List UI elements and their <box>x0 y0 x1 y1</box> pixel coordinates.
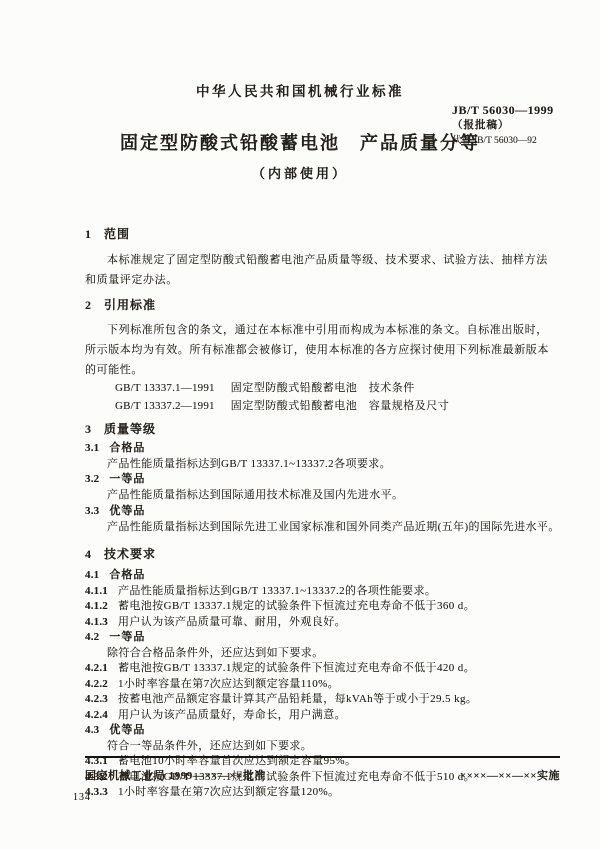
clause-text: 按蓄电池产品额定容量计算其产品铅耗量，每kVAh等于或小于29.5 kg。 <box>118 693 477 705</box>
reference-code: GB/T 13337.2—1991 <box>115 400 215 412</box>
reference-item: GB/T 13337.2—1991固定型防酸式铅酸蓄电池 容量规格及尺寸 <box>115 398 550 416</box>
clause-row: 除符合合格品条件外，还应达到如下要求。 <box>85 646 550 662</box>
clause-row: 产品性能质量指标达到GB/T 13337.1~13337.2各项要求。 <box>85 457 550 473</box>
clause-text: 蓄电池按GB/T 13337.1规定的试验条件下恒流过充电寿命不低于360 d。 <box>118 600 475 612</box>
clause-number: 4.1.1 <box>85 585 108 597</box>
clause-row: 4.1合格品 <box>85 568 550 584</box>
section-title: 质量等级 <box>104 422 156 436</box>
section-number: 3 <box>85 422 91 436</box>
clause-row: 4.2一等品 <box>85 630 550 646</box>
section-number: 4 <box>85 547 91 561</box>
draft-status: （报批稿） <box>452 121 554 132</box>
standard-id-block: JB/T 56030—1999 （报批稿） 代替 JB/T 56030—92 <box>452 104 554 146</box>
clause-row: 4.2.21小时率容量在第7次应达到额定容量110%。 <box>85 677 550 693</box>
clause-row: 4.3.31小时率容量在第7次应达到额定容量120%。 <box>85 785 550 801</box>
replaces-note: 代替 JB/T 56030—92 <box>452 137 554 147</box>
clause-text: 符合一等品条件外，还应达到如下要求。 <box>107 740 312 752</box>
clause-row: 4.3优等品 <box>85 723 550 739</box>
section-heading-3: 3质量等级 <box>85 420 550 437</box>
clause-text: 蓄电池按GB/T 13337.1规定的试验条件下恒流过充电寿命不低于420 d。 <box>118 662 475 674</box>
clause-text: 产品性能质量指标达到国际通用技术标准及国内先进水平。 <box>107 489 403 501</box>
section-number: 1 <box>85 227 91 241</box>
clause-text: 产品性能质量指标达到GB/T 13337.1~13337.2各项要求。 <box>107 458 391 470</box>
clause-row: 4.2.4用户认为该产品质量好，寿命长，用户满意。 <box>85 708 550 724</box>
clause-number: 4.2 <box>85 631 99 643</box>
reference-item: GB/T 13337.1—1991固定型防酸式铅酸蓄电池 技术条件 <box>115 380 550 398</box>
clause-text: 合格品 <box>109 569 145 581</box>
clause-text: 除符合合格品条件外，还应达到如下要求。 <box>107 647 324 659</box>
clause-text: 一等品 <box>109 473 145 485</box>
clause-row: 4.2.1蓄电池按GB/T 13337.1规定的试验条件下恒流过充电寿命不低于4… <box>85 661 550 677</box>
clause-text: 1小时率容量在第7次应达到额定容量110%。 <box>118 678 339 690</box>
reference-name: 固定型防酸式铅酸蓄电池 容量规格及尺寸 <box>231 400 450 412</box>
clause-row: 4.2.3按蓄电池产品额定容量计算其产品铅耗量，每kVAh等于或小于29.5 k… <box>85 692 550 708</box>
section-title: 引用标准 <box>104 298 156 312</box>
reference-code: GB/T 13337.1—1991 <box>115 382 215 394</box>
clause-text: 1小时率容量在第7次应达到额定容量120%。 <box>118 786 339 798</box>
section-title: 技术要求 <box>104 547 156 561</box>
clause-number: 4.1 <box>85 569 99 581</box>
clause-row: 4.1.3用户认为该产品质量可靠、耐用，外观良好。 <box>85 615 550 631</box>
clause-row: 3.2一等品 <box>85 472 550 488</box>
clause-number: 3.2 <box>85 473 99 485</box>
clause-row: 4.1.1产品性能质量指标达到GB/T 13337.1~13337.2的各项性能… <box>85 584 550 600</box>
clause-row: 3.1合格品 <box>85 441 550 457</box>
clause-number: 4.2.1 <box>85 662 108 674</box>
document-body: 1范围 本标准规定了固定型防酸式铅酸蓄电池产品质量等级、技术要求、试验方法、抽样… <box>0 225 600 801</box>
clause-number: 4.1.2 <box>85 600 108 612</box>
paragraph-scope: 本标准规定了固定型防酸式铅酸蓄电池产品质量等级、技术要求、试验方法、抽样方法和质… <box>85 250 550 290</box>
clause-number: 4.1.3 <box>85 616 108 628</box>
footer-approval: 国家机械工业局 1999—××—××批准 <box>85 767 266 783</box>
clause-row: 3.3优等品 <box>85 504 550 520</box>
clause-number: 3.1 <box>85 442 99 454</box>
document-page: 中华人民共和国机械行业标准 JB/T 56030—1999 （报批稿） 代替 J… <box>0 0 600 849</box>
clause-number: 4.2.2 <box>85 678 108 690</box>
clause-text: 产品性能质量指标达到国际先进工业国家标准和国外同类产品近期(五年)的国际先进水平… <box>107 521 560 533</box>
footer-rule-row: 国家机械工业局 1999—××—××批准 ××××—××—××实施 <box>85 756 560 783</box>
clause-row: 产品性能质量指标达到国际通用技术标准及国内先进水平。 <box>85 488 550 504</box>
standard-number: JB/T 56030—1999 <box>452 104 554 116</box>
clause-text: 优等品 <box>109 505 145 517</box>
clause-text: 优等品 <box>109 724 145 736</box>
clause-text: 一等品 <box>109 631 145 643</box>
clause-list-3: 3.1合格品 产品性能质量指标达到GB/T 13337.1~13337.2各项要… <box>85 441 550 535</box>
clause-number: 4.2.3 <box>85 693 108 705</box>
clause-row: 4.1.2蓄电池按GB/T 13337.1规定的试验条件下恒流过充电寿命不低于3… <box>85 599 550 615</box>
section-number: 2 <box>85 298 91 312</box>
page-number: 134 <box>73 792 91 803</box>
clause-number: 4.3 <box>85 724 99 736</box>
clause-number: 3.3 <box>85 505 99 517</box>
paragraph-references: 下列标准所包含的条文，通过在本标准中引用而构成为本标准的条文。自标准出版时，所示… <box>85 320 550 380</box>
org-standard-heading: 中华人民共和国机械行业标准 <box>0 0 600 100</box>
clause-row: 符合一等品条件外，还应达到如下要求。 <box>85 739 550 755</box>
clause-text: 产品性能质量指标达到GB/T 13337.1~13337.2的各项性能要求。 <box>118 585 436 597</box>
clause-text: 用户认为该产品质量可靠、耐用，外观良好。 <box>118 616 346 628</box>
section-heading-4: 4技术要求 <box>85 545 550 562</box>
clause-row: 产品性能质量指标达到国际先进工业国家标准和国外同类产品近期(五年)的国际先进水平… <box>85 520 550 536</box>
section-heading-2: 2引用标准 <box>85 296 550 313</box>
section-title: 范围 <box>104 227 130 241</box>
reference-name: 固定型防酸式铅酸蓄电池 技术条件 <box>231 382 415 394</box>
section-heading-1: 1范围 <box>85 225 550 242</box>
clause-text: 合格品 <box>109 442 145 454</box>
clause-text: 用户认为该产品质量好，寿命长，用户满意。 <box>118 709 346 721</box>
document-subtitle: （内部使用） <box>0 163 600 182</box>
footer-implementation: ××××—××—××实施 <box>460 767 560 783</box>
clause-number: 4.2.4 <box>85 709 108 721</box>
reference-list: GB/T 13337.1—1991固定型防酸式铅酸蓄电池 技术条件 GB/T 1… <box>115 380 550 415</box>
